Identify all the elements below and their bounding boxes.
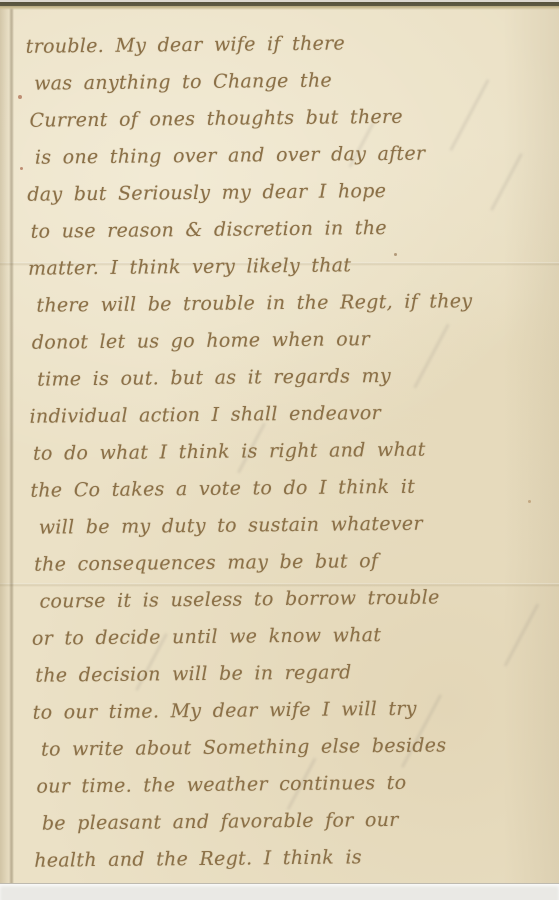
letter-line: time is out. but as it regards my — [29, 356, 549, 398]
letter-scan: trouble. My dear wife if there was anyth… — [0, 0, 559, 900]
letter-line: donot let us go home when our — [29, 319, 549, 361]
letter-line: was anything to Change the — [26, 60, 546, 102]
letter-line: to use reason & discretion in the — [27, 208, 547, 250]
letter-line: will be my duty to sustain whatever — [31, 504, 551, 546]
page-top-fold-edge — [0, 0, 559, 10]
handwritten-text-block: trouble. My dear wife if there was anyth… — [26, 23, 555, 879]
letter-line: day but Seriously my dear I hope — [27, 171, 547, 213]
letter-line: the Co takes a vote to do I think it — [30, 467, 550, 509]
letter-line: to write about Something else besides — [33, 726, 553, 768]
foxing-speck — [18, 95, 22, 99]
page-left-edge — [0, 0, 16, 883]
scan-background-strip — [0, 883, 559, 900]
letter-line: course it is useless to borrow trouble — [31, 578, 551, 620]
letter-page: trouble. My dear wife if there was anyth… — [0, 0, 559, 883]
letter-line: matter. I think very likely that — [28, 245, 548, 287]
letter-line: health and the Regt. I think is — [34, 837, 554, 879]
letter-line: individual action I shall endeavor — [29, 393, 549, 435]
letter-line: the consequences may be but of — [31, 541, 551, 583]
letter-line: or to decide until we know what — [32, 615, 552, 657]
letter-line: Current of ones thoughts but there — [26, 97, 546, 139]
letter-line: trouble. My dear wife if there — [26, 23, 546, 65]
letter-line: be pleasant and favorable for our — [34, 800, 554, 842]
letter-line: the decision will be in regard — [32, 652, 552, 694]
letter-line: our time. the weather continues to — [33, 763, 553, 805]
letter-line: to our time. My dear wife I will try — [33, 689, 553, 731]
letter-line: there will be trouble in the Regt, if th… — [28, 282, 548, 324]
foxing-speck — [20, 167, 23, 170]
letter-line: to do what I think is right and what — [30, 430, 550, 472]
letter-line: is one thing over and over day after — [27, 134, 547, 176]
